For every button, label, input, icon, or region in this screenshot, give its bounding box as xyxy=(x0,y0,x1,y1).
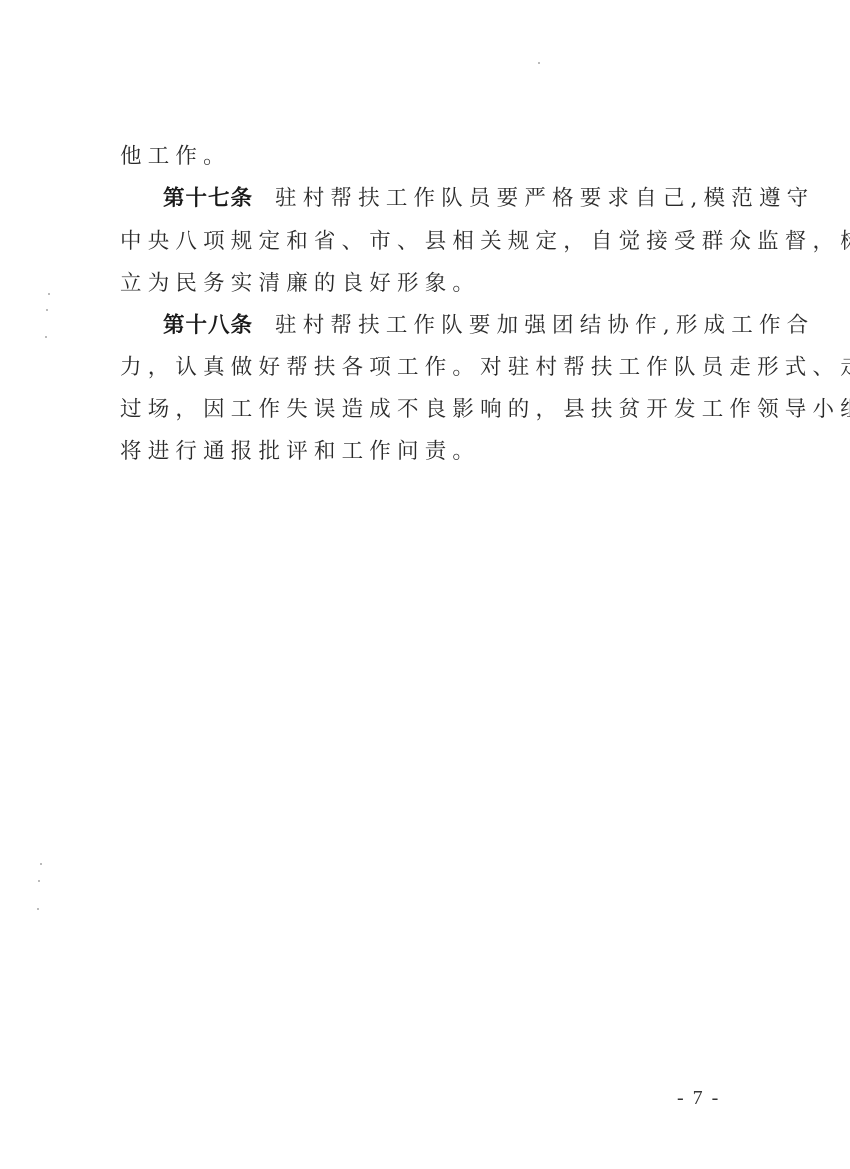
document-page: 他工作。 第十七条驻村帮扶工作队员要严格要求自己,模范遵守 中央八项规定和省、市… xyxy=(0,0,850,1169)
paragraph-text: 过场，因工作失误造成不良影响的，县扶贫开发工作领导小组 xyxy=(120,397,850,422)
scan-artifact xyxy=(538,62,540,64)
scan-artifact xyxy=(40,863,42,865)
scan-artifact xyxy=(37,908,39,910)
text-line: 立为民务实清廉的良好形象。 xyxy=(120,269,720,299)
page-number: - 7 - xyxy=(677,1087,720,1110)
text-line: 他工作。 xyxy=(120,142,720,172)
paragraph-text: 中央八项规定和省、市、县相关规定，自觉接受群众监督，树 xyxy=(120,229,850,254)
paragraph-text: 将进行通报批评和工作问责。 xyxy=(120,439,480,464)
paragraph-text: 他工作。 xyxy=(120,144,231,169)
article-18-heading: 第十八条 xyxy=(163,313,253,338)
scan-artifact xyxy=(45,336,47,338)
article-17-heading: 第十七条 xyxy=(163,186,253,211)
paragraph-text: 驻村帮扶工作队要加强团结协作,形成工作合 xyxy=(275,313,814,338)
paragraph-text: 力，认真做好帮扶各项工作。对驻村帮扶工作队员走形式、走 xyxy=(120,355,850,380)
scan-artifact xyxy=(48,293,50,295)
text-line: 过场，因工作失误造成不良影响的，县扶贫开发工作领导小组 xyxy=(120,395,720,425)
paragraph-text: 立为民务实清廉的良好形象。 xyxy=(120,271,480,296)
text-line: 力，认真做好帮扶各项工作。对驻村帮扶工作队员走形式、走 xyxy=(120,353,720,383)
scan-artifact xyxy=(46,309,48,311)
article-17-line-1: 第十七条驻村帮扶工作队员要严格要求自己,模范遵守 xyxy=(163,184,720,214)
paragraph-text: 驻村帮扶工作队员要严格要求自己,模范遵守 xyxy=(275,186,814,211)
text-line: 将进行通报批评和工作问责。 xyxy=(120,437,720,467)
scan-artifact xyxy=(38,880,40,882)
article-18-line-1: 第十八条驻村帮扶工作队要加强团结协作,形成工作合 xyxy=(163,311,720,341)
text-line: 中央八项规定和省、市、县相关规定，自觉接受群众监督，树 xyxy=(120,227,720,257)
